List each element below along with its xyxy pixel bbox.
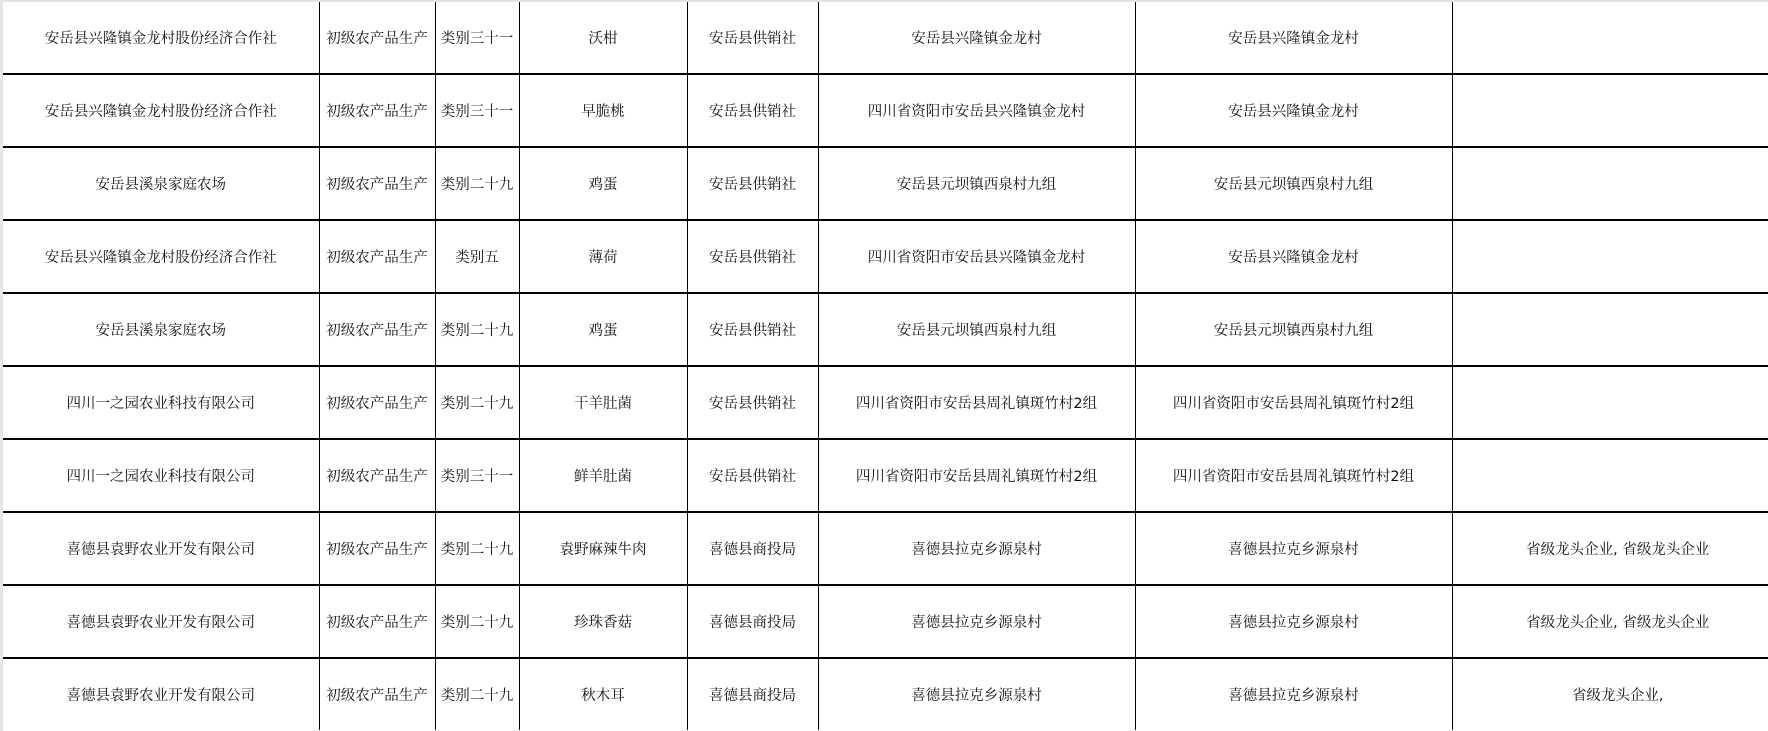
cell-business-type[interactable]: 初级农产品生产 [319,512,435,585]
cell-product[interactable]: 鸡蛋 [519,147,687,220]
cell-production-address[interactable]: 安岳县兴隆镇金龙村 [1135,220,1452,293]
cell-enterprise[interactable]: 四川一之园农业科技有限公司 [3,439,319,512]
cell-enterprise[interactable]: 喜德县袁野农业开发有限公司 [3,658,319,730]
cell-production-address[interactable]: 安岳县元坝镇西泉村九组 [1135,293,1452,366]
cell-product[interactable]: 早脆桃 [519,74,687,147]
cell-registered-address[interactable]: 四川省资阳市安岳县兴隆镇金龙村 [818,74,1135,147]
table-row: 安岳县兴隆镇金龙村股份经济合作社 初级农产品生产 类别三十一 早脆桃 安岳县供销… [3,74,1768,147]
cell-product[interactable]: 干羊肚菌 [519,366,687,439]
cell-honors[interactable] [1452,74,1768,147]
cell-enterprise[interactable]: 喜德县袁野农业开发有限公司 [3,585,319,658]
table-row: 安岳县溪泉家庭农场 初级农产品生产 类别二十九 鸡蛋 安岳县供销社 安岳县元坝镇… [3,293,1768,366]
cell-recommender[interactable]: 安岳县供销社 [687,293,818,366]
cell-product[interactable]: 鲜羊肚菌 [519,439,687,512]
cell-honors[interactable] [1452,439,1768,512]
cell-honors[interactable] [1452,220,1768,293]
cell-product[interactable]: 袁野麻辣牛肉 [519,512,687,585]
cell-enterprise[interactable]: 四川一之园农业科技有限公司 [3,366,319,439]
cell-enterprise[interactable]: 安岳县兴隆镇金龙村股份经济合作社 [3,74,319,147]
cell-recommender[interactable]: 喜德县商投局 [687,512,818,585]
cell-registered-address[interactable]: 安岳县元坝镇西泉村九组 [818,293,1135,366]
cell-honors[interactable]: 省级龙头企业, 省级龙头企业 [1452,585,1768,658]
cell-business-type[interactable]: 初级农产品生产 [319,74,435,147]
table-row: 安岳县溪泉家庭农场 初级农产品生产 类别二十九 鸡蛋 安岳县供销社 安岳县元坝镇… [3,147,1768,220]
cell-production-address[interactable]: 四川省资阳市安岳县周礼镇斑竹村2组 [1135,366,1452,439]
table-row: 安岳县兴隆镇金龙村股份经济合作社 初级农产品生产 类别五 薄荷 安岳县供销社 四… [3,220,1768,293]
cell-registered-address[interactable]: 四川省资阳市安岳县周礼镇斑竹村2组 [818,439,1135,512]
cell-registered-address[interactable]: 喜德县拉克乡源泉村 [818,512,1135,585]
cell-business-type[interactable]: 初级农产品生产 [319,2,435,74]
cell-registered-address[interactable]: 四川省资阳市安岳县兴隆镇金龙村 [818,220,1135,293]
cell-business-type[interactable]: 初级农产品生产 [319,366,435,439]
cell-registered-address[interactable]: 安岳县元坝镇西泉村九组 [818,147,1135,220]
cell-recommender[interactable]: 喜德县商投局 [687,658,818,730]
cell-category[interactable]: 类别二十九 [435,585,519,658]
cell-product[interactable]: 薄荷 [519,220,687,293]
cell-registered-address[interactable]: 四川省资阳市安岳县周礼镇斑竹村2组 [818,366,1135,439]
cell-enterprise[interactable]: 安岳县兴隆镇金龙村股份经济合作社 [3,2,319,74]
cell-honors[interactable] [1452,147,1768,220]
cell-production-address[interactable]: 四川省资阳市安岳县周礼镇斑竹村2组 [1135,439,1452,512]
cell-product[interactable]: 秋木耳 [519,658,687,730]
cell-registered-address[interactable]: 喜德县拉克乡源泉村 [818,658,1135,730]
cell-enterprise[interactable]: 安岳县兴隆镇金龙村股份经济合作社 [3,220,319,293]
cell-production-address[interactable]: 喜德县拉克乡源泉村 [1135,585,1452,658]
cell-category[interactable]: 类别三十一 [435,2,519,74]
spreadsheet-grid: 安岳县兴隆镇金龙村股份经济合作社 初级农产品生产 类别三十一 沃柑 安岳县供销社… [3,2,1768,730]
cell-recommender[interactable]: 喜德县商投局 [687,585,818,658]
cell-honors[interactable]: 省级龙头企业, 省级龙头企业 [1452,512,1768,585]
cell-business-type[interactable]: 初级农产品生产 [319,293,435,366]
cell-recommender[interactable]: 安岳县供销社 [687,366,818,439]
cell-category[interactable]: 类别二十九 [435,293,519,366]
table-row: 四川一之园农业科技有限公司 初级农产品生产 类别三十一 鲜羊肚菌 安岳县供销社 … [3,439,1768,512]
cell-honors[interactable] [1452,366,1768,439]
cell-category[interactable]: 类别二十九 [435,366,519,439]
cell-enterprise[interactable]: 喜德县袁野农业开发有限公司 [3,512,319,585]
cell-honors[interactable] [1452,293,1768,366]
cell-honors[interactable]: 省级龙头企业, [1452,658,1768,730]
cell-business-type[interactable]: 初级农产品生产 [319,439,435,512]
cell-category[interactable]: 类别三十一 [435,439,519,512]
cell-recommender[interactable]: 安岳县供销社 [687,439,818,512]
table-row: 喜德县袁野农业开发有限公司 初级农产品生产 类别二十九 珍珠香菇 喜德县商投局 … [3,585,1768,658]
cell-business-type[interactable]: 初级农产品生产 [319,220,435,293]
cell-business-type[interactable]: 初级农产品生产 [319,585,435,658]
cell-production-address[interactable]: 喜德县拉克乡源泉村 [1135,658,1452,730]
cell-recommender[interactable]: 安岳县供销社 [687,74,818,147]
cell-product[interactable]: 鸡蛋 [519,293,687,366]
cell-enterprise[interactable]: 安岳县溪泉家庭农场 [3,293,319,366]
cell-registered-address[interactable]: 喜德县拉克乡源泉村 [818,585,1135,658]
data-table: 安岳县兴隆镇金龙村股份经济合作社 初级农产品生产 类别三十一 沃柑 安岳县供销社… [3,2,1768,730]
cell-product[interactable]: 沃柑 [519,2,687,74]
cell-category[interactable]: 类别二十九 [435,512,519,585]
table-row: 喜德县袁野农业开发有限公司 初级农产品生产 类别二十九 秋木耳 喜德县商投局 喜… [3,658,1768,730]
cell-recommender[interactable]: 安岳县供销社 [687,220,818,293]
cell-enterprise[interactable]: 安岳县溪泉家庭农场 [3,147,319,220]
cell-recommender[interactable]: 安岳县供销社 [687,147,818,220]
table-row: 安岳县兴隆镇金龙村股份经济合作社 初级农产品生产 类别三十一 沃柑 安岳县供销社… [3,2,1768,74]
table-row: 喜德县袁野农业开发有限公司 初级农产品生产 类别二十九 袁野麻辣牛肉 喜德县商投… [3,512,1768,585]
cell-production-address[interactable]: 喜德县拉克乡源泉村 [1135,512,1452,585]
cell-category[interactable]: 类别三十一 [435,74,519,147]
cell-production-address[interactable]: 安岳县兴隆镇金龙村 [1135,2,1452,74]
cell-category[interactable]: 类别二十九 [435,658,519,730]
cell-business-type[interactable]: 初级农产品生产 [319,147,435,220]
cell-category[interactable]: 类别五 [435,220,519,293]
cell-registered-address[interactable]: 安岳县兴隆镇金龙村 [818,2,1135,74]
cell-category[interactable]: 类别二十九 [435,147,519,220]
cell-recommender[interactable]: 安岳县供销社 [687,2,818,74]
cell-business-type[interactable]: 初级农产品生产 [319,658,435,730]
table-row: 四川一之园农业科技有限公司 初级农产品生产 类别二十九 干羊肚菌 安岳县供销社 … [3,366,1768,439]
cell-product[interactable]: 珍珠香菇 [519,585,687,658]
cell-production-address[interactable]: 安岳县兴隆镇金龙村 [1135,74,1452,147]
cell-honors[interactable] [1452,2,1768,74]
cell-production-address[interactable]: 安岳县元坝镇西泉村九组 [1135,147,1452,220]
